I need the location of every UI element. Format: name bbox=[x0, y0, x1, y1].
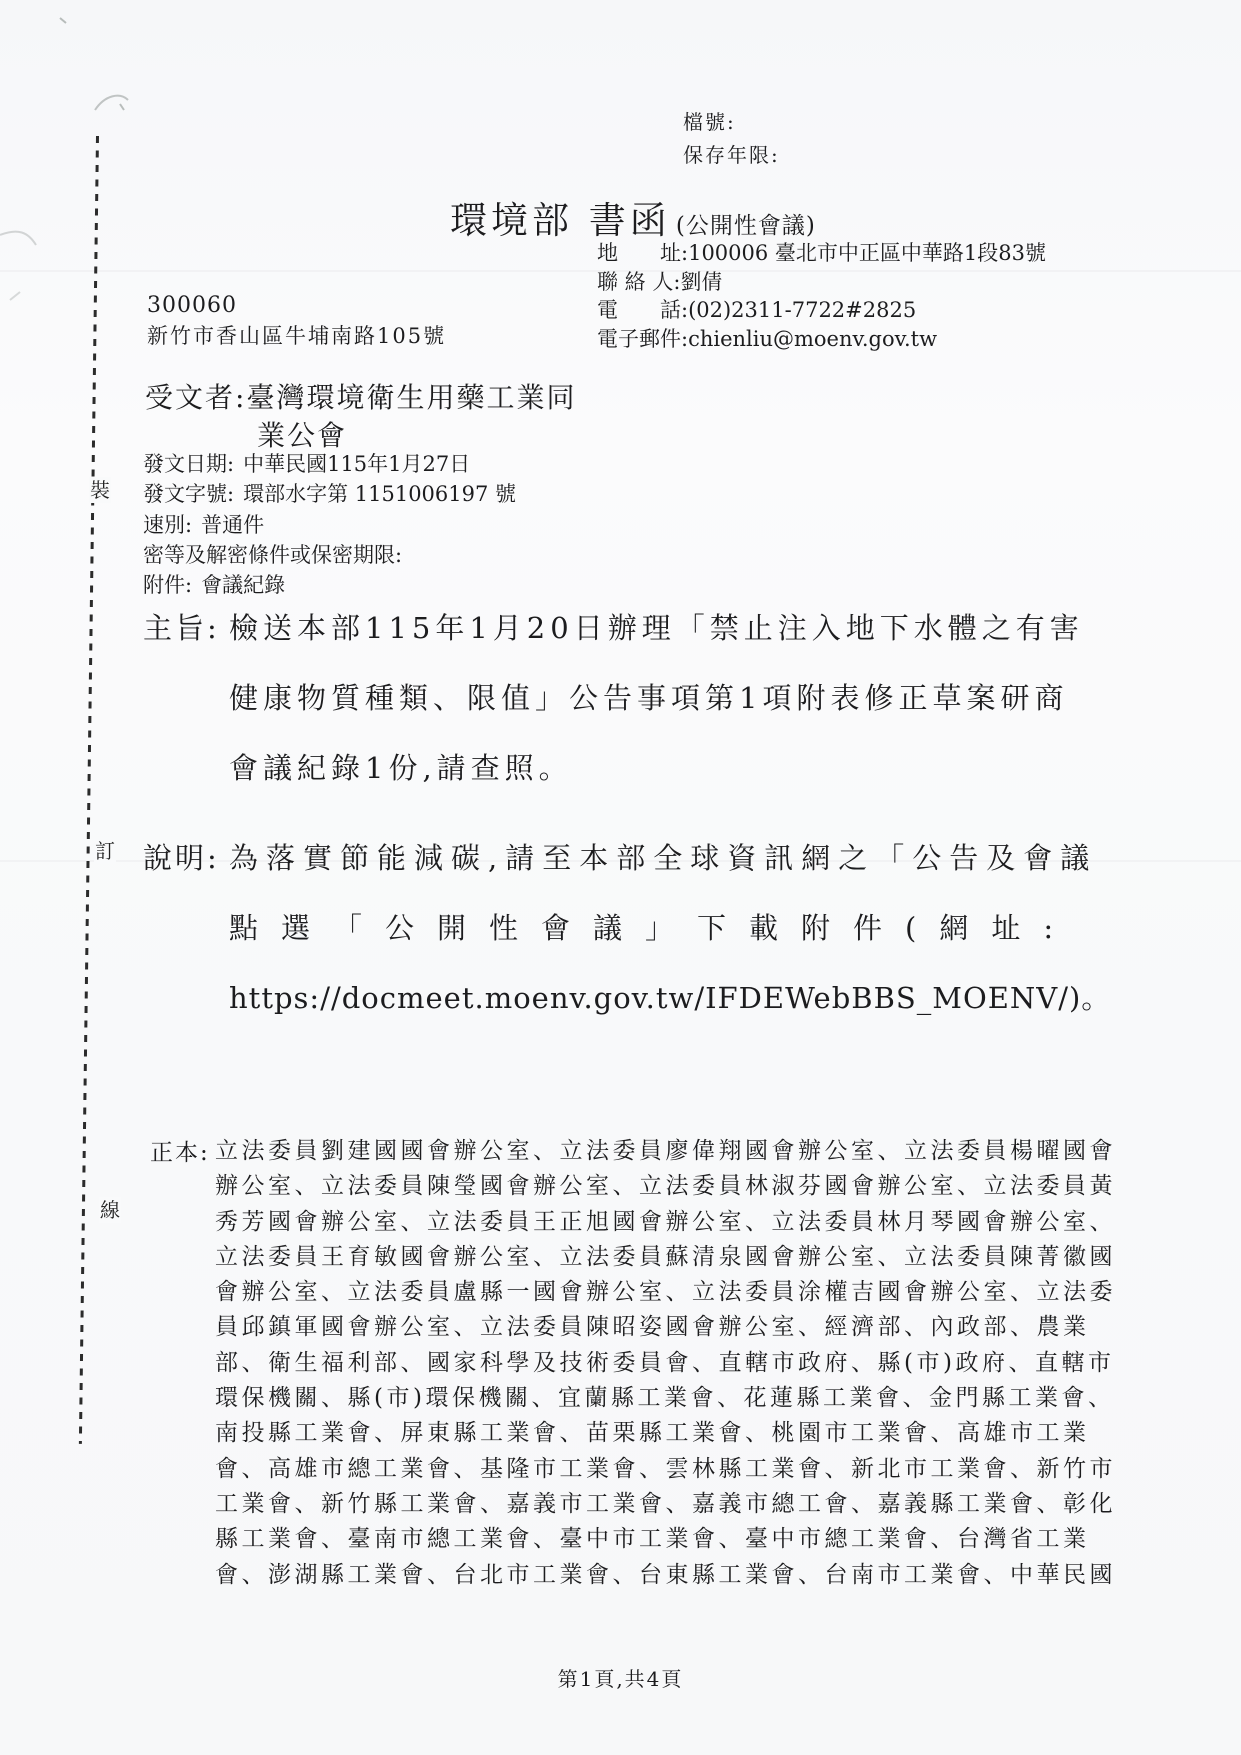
contact-phone-label: 電 話: bbox=[597, 298, 688, 322]
security-row: 密等及解密條件或保密期限: bbox=[143, 540, 516, 570]
binding-mark-zhuang: 裝 bbox=[89, 477, 111, 503]
contact-person-row: 聯 絡 人:劉倩 bbox=[597, 268, 1046, 297]
subject-line: 檢送本部115年1月20日辦理「禁止注入地下水體之有害 bbox=[229, 606, 1129, 676]
document-title-row: 環境部 書函 (公開性會議) bbox=[450, 190, 816, 244]
contact-person-label: 聯 絡 人: bbox=[597, 270, 680, 294]
copy-to-line: 縣工業會、臺南市總工業會、臺中市工業會、臺中市總工業會、台灣省工業 bbox=[215, 1522, 1145, 1557]
contact-email-value: chienliu@moenv.gov.tw bbox=[688, 327, 937, 351]
copy-to-line: 部、衛生福利部、國家科學及技術委員會、直轄市政府、縣(市)政府、直轄市 bbox=[215, 1346, 1145, 1381]
document-title-annotation: (公開性會議) bbox=[676, 213, 816, 239]
attachment-row: 附件:會議紀錄 bbox=[143, 570, 516, 600]
issue-date-value: 中華民國115年1月27日 bbox=[243, 452, 470, 476]
speed-label: 速別: bbox=[143, 513, 192, 537]
copy-to-line: 會辦公室、立法委員盧縣一國會辦公室、立法委員涂權吉國會辦公室、立法委 bbox=[215, 1275, 1145, 1310]
copy-to-line: 辦公室、立法委員陳瑩國會辦公室、立法委員林淑芬國會辦公室、立法委員黃 bbox=[215, 1169, 1145, 1204]
copy-to-line: 南投縣工業會、屏東縣工業會、苗栗縣工業會、桃園市工業會、高雄市工業 bbox=[215, 1416, 1145, 1451]
agency-contact-block: 地 址:100006 臺北市中正區中華路1段83號 聯 絡 人:劉倩 電 話:(… bbox=[597, 239, 1046, 353]
security-label: 密等及解密條件或保密期限: bbox=[143, 543, 402, 567]
copy-to-line: 立法委員劉建國國會辦公室、立法委員廖偉翔國會辦公室、立法委員楊曜國會 bbox=[215, 1134, 1145, 1169]
recipient-street-address: 新竹市香山區牛埔南路105號 bbox=[147, 320, 446, 350]
contact-address-value: 100006 臺北市中正區中華路1段83號 bbox=[688, 241, 1046, 265]
binding-mark-xian: 線 bbox=[99, 1197, 121, 1223]
explanation-url-line: https://docmeet.moenv.gov.tw/IFDEWebBBS_… bbox=[229, 976, 1139, 1046]
copy-to-line: 會、澎湖縣工業會、台北市工業會、台東縣工業會、台南市工業會、中華民國 bbox=[215, 1558, 1145, 1593]
subject-body: 檢送本部115年1月20日辦理「禁止注入地下水體之有害 健康物質種類、限值」公告… bbox=[229, 606, 1129, 816]
contact-phone-row: 電 話:(02)2311-7722#2825 bbox=[597, 296, 1046, 325]
speed-value: 普通件 bbox=[201, 513, 264, 537]
contact-person-value: 劉倩 bbox=[680, 270, 722, 294]
binding-dashed-line bbox=[79, 136, 99, 1444]
contact-email-row: 電子郵件:chienliu@moenv.gov.tw bbox=[597, 325, 1046, 354]
explanation-label: 說明: bbox=[143, 836, 220, 877]
contact-address-label: 地 址: bbox=[597, 241, 688, 265]
binding-mark-ding: 訂 bbox=[94, 838, 116, 864]
recipient-row: 受文者:臺灣環境衛生用藥工業同 bbox=[145, 376, 576, 416]
contact-phone-value: (02)2311-7722#2825 bbox=[688, 298, 916, 322]
doc-number-row: 發文字號:環部水字第 1151006197 號 bbox=[143, 479, 516, 509]
copy-to-line: 秀芳國會辦公室、立法委員王正旭國會辦公室、立法委員林月琴國會辦公室、 bbox=[215, 1205, 1145, 1240]
copy-to-line: 員邱鎮軍國會辦公室、立法委員陳昭姿國會辦公室、經濟部、內政部、農業 bbox=[215, 1310, 1145, 1345]
recipient-zip-code: 300060 bbox=[147, 293, 237, 318]
doc-number-value: 環部水字第 1151006197 號 bbox=[243, 482, 516, 506]
subject-label: 主旨: bbox=[143, 606, 220, 647]
issue-date-row: 發文日期:中華民國115年1月27日 bbox=[143, 449, 516, 479]
copy-to-body: 立法委員劉建國國會辦公室、立法委員廖偉翔國會辦公室、立法委員楊曜國會 辦公室、立… bbox=[215, 1134, 1145, 1593]
contact-email-label: 電子郵件: bbox=[597, 327, 688, 351]
speed-row: 速別:普通件 bbox=[143, 510, 516, 540]
document-meta-block: 發文日期:中華民國115年1月27日 發文字號:環部水字第 1151006197… bbox=[143, 449, 516, 600]
subject-line: 健康物質種類、限值」公告事項第1項附表修正草案研商 bbox=[229, 676, 1129, 746]
contact-address-row: 地 址:100006 臺北市中正區中華路1段83號 bbox=[597, 239, 1046, 268]
page-number-footer: 第1頁,共4頁 bbox=[0, 1663, 1241, 1692]
issue-date-label: 發文日期: bbox=[143, 452, 234, 476]
recipient-name-line1: 臺灣環境衛生用藥工業同 bbox=[246, 381, 576, 414]
file-number-block: 檔號: 保存年限: bbox=[683, 106, 780, 172]
explanation-body: 為落實節能減碳,請至本部全球資訊網之「公告及會議 點選「公開性會議」下載附件(網… bbox=[229, 836, 1139, 1046]
copy-to-line: 環保機關、縣(市)環保機關、宜蘭縣工業會、花蓮縣工業會、金門縣工業會、 bbox=[215, 1381, 1145, 1416]
copy-to-label: 正本: bbox=[150, 1134, 210, 1167]
scanned-official-letter-page: 裝 訂 線 檔號: 保存年限: 環境部 書函 (公開性會議) 地 址:10000… bbox=[0, 0, 1241, 1755]
retention-period-label: 保存年限: bbox=[683, 139, 780, 172]
attachment-label: 附件: bbox=[143, 573, 192, 597]
recipient-label: 受文者: bbox=[145, 381, 246, 414]
explanation-line: 點選「公開性會議」下載附件(網址: bbox=[229, 906, 1139, 976]
file-number-label: 檔號: bbox=[683, 106, 780, 139]
attachment-value: 會議紀錄 bbox=[201, 573, 285, 597]
doc-number-label: 發文字號: bbox=[143, 482, 234, 506]
recipient-name-line2: 業公會 bbox=[257, 414, 347, 454]
copy-to-line: 工業會、新竹縣工業會、嘉義市工業會、嘉義市總工會、嘉義縣工業會、彰化 bbox=[215, 1487, 1145, 1522]
scan-smudge-artifact bbox=[0, 0, 260, 320]
document-title: 環境部 書函 bbox=[450, 199, 671, 242]
copy-to-line: 立法委員王育敏國會辦公室、立法委員蘇清泉國會辦公室、立法委員陳菁徽國 bbox=[215, 1240, 1145, 1275]
subject-line: 會議紀錄1份,請查照。 bbox=[229, 746, 1129, 816]
copy-to-line: 會、高雄市總工業會、基隆市工業會、雲林縣工業會、新北市工業會、新竹市 bbox=[215, 1452, 1145, 1487]
explanation-line: 為落實節能減碳,請至本部全球資訊網之「公告及會議 bbox=[229, 836, 1139, 906]
